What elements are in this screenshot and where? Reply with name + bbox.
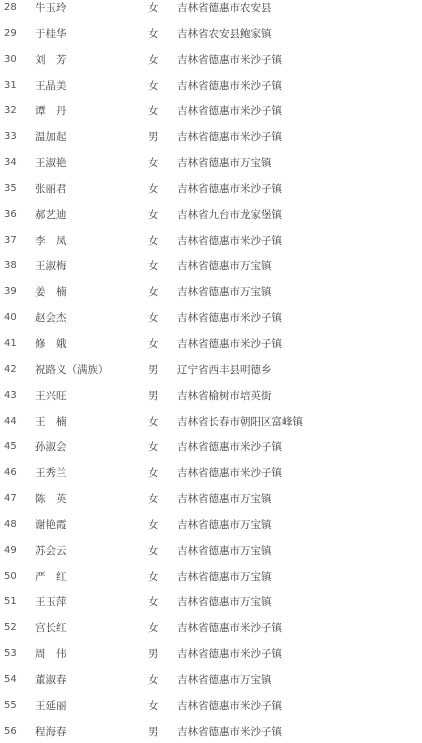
person-address: 吉林省德惠市农安县: [177, 0, 272, 16]
person-name: 祝路义（满族）: [35, 362, 109, 378]
row-number: 42: [4, 362, 17, 378]
row-number: 37: [4, 233, 17, 249]
row-number: 51: [4, 594, 17, 610]
list-row: 53 周 伟 男 吉林省德惠市米沙子镇: [0, 646, 422, 672]
row-number: 43: [4, 388, 17, 404]
person-address: 吉林省德惠市万宝镇: [177, 594, 272, 610]
person-address: 吉林省德惠市米沙子镇: [177, 78, 282, 94]
person-address: 吉林省德惠市米沙子镇: [177, 439, 282, 455]
person-address: 吉林省德惠市万宝镇: [177, 155, 272, 171]
person-name: 修 娥: [35, 336, 67, 352]
person-address: 吉林省农安县鲍家镇: [177, 26, 272, 42]
person-name: 郝艺迪: [35, 207, 67, 223]
person-address: 吉林省德惠市米沙子镇: [177, 129, 282, 145]
row-number: 30: [4, 52, 17, 68]
person-name: 董淑春: [35, 672, 67, 688]
person-name: 张丽君: [35, 181, 67, 197]
list-row: 48 谢艳霞 女 吉林省德惠市万宝镇: [0, 517, 422, 543]
person-gender: 女: [148, 78, 159, 94]
person-name: 宫长红: [35, 620, 67, 636]
person-address: 吉林省德惠市万宝镇: [177, 491, 272, 507]
person-gender: 女: [148, 672, 159, 688]
person-gender: 女: [148, 491, 159, 507]
person-gender: 女: [148, 594, 159, 610]
row-number: 35: [4, 181, 17, 197]
list-row: 40 赵会杰 女 吉林省德惠市米沙子镇: [0, 310, 422, 336]
row-number: 56: [4, 724, 17, 740]
list-row: 47 陈 英 女 吉林省德惠市万宝镇: [0, 491, 422, 517]
row-number: 50: [4, 569, 17, 585]
person-address: 吉林省九台市龙家堡镇: [177, 207, 282, 223]
person-gender: 女: [148, 155, 159, 171]
list-row: 37 李 凤 女 吉林省德惠市米沙子镇: [0, 233, 422, 259]
row-number: 29: [4, 26, 17, 42]
row-number: 40: [4, 310, 17, 326]
list-row: 39 姜 楠 女 吉林省德惠市万宝镇: [0, 284, 422, 310]
person-name: 姜 楠: [35, 284, 67, 300]
person-gender: 男: [148, 646, 159, 662]
person-gender: 男: [148, 724, 159, 740]
row-number: 38: [4, 258, 17, 274]
person-name: 于桂华: [35, 26, 67, 42]
row-number: 44: [4, 414, 17, 430]
person-address: 吉林省德惠市米沙子镇: [177, 336, 282, 352]
person-address: 吉林省德惠市万宝镇: [177, 258, 272, 274]
row-number: 41: [4, 336, 17, 352]
list-row: 35 张丽君 女 吉林省德惠市米沙子镇: [0, 181, 422, 207]
person-name: 王淑艳: [35, 155, 67, 171]
person-gender: 女: [148, 465, 159, 481]
person-gender: 女: [148, 414, 159, 430]
person-name: 牛玉玲: [35, 0, 67, 16]
person-address: 吉林省榆树市培英街: [177, 388, 272, 404]
row-number: 48: [4, 517, 17, 533]
list-row: 36 郝艺迪 女 吉林省九台市龙家堡镇: [0, 207, 422, 233]
list-row: 44 王 楠 女 吉林省长春市朝阳区富峰镇: [0, 414, 422, 440]
row-number: 45: [4, 439, 17, 455]
row-number: 39: [4, 284, 17, 300]
list-row: 38 王淑梅 女 吉林省德惠市万宝镇: [0, 258, 422, 284]
row-number: 53: [4, 646, 17, 662]
list-row: 55 王延丽 女 吉林省德惠市米沙子镇: [0, 698, 422, 724]
person-gender: 女: [148, 0, 159, 16]
list-row: 51 王玉萍 女 吉林省德惠市万宝镇: [0, 594, 422, 620]
row-number: 28: [4, 0, 17, 16]
person-name: 苏会云: [35, 543, 67, 559]
person-name: 王玉萍: [35, 594, 67, 610]
person-address: 吉林省德惠市米沙子镇: [177, 181, 282, 197]
row-number: 32: [4, 103, 17, 119]
person-gender: 男: [148, 362, 159, 378]
person-address: 吉林省德惠市万宝镇: [177, 284, 272, 300]
list-row: 43 王兴旺 男 吉林省榆树市培英街: [0, 388, 422, 414]
person-address: 吉林省德惠市万宝镇: [177, 543, 272, 559]
person-gender: 女: [148, 310, 159, 326]
list-row: 28 牛玉玲 女 吉林省德惠市农安县: [0, 0, 422, 26]
list-row: 29 于桂华 女 吉林省农安县鲍家镇: [0, 26, 422, 52]
name-list: 28 牛玉玲 女 吉林省德惠市农安县 29 于桂华 女 吉林省农安县鲍家镇 30…: [0, 0, 422, 743]
person-name: 温加起: [35, 129, 67, 145]
person-address: 吉林省长春市朝阳区富峰镇: [177, 414, 303, 430]
person-gender: 男: [148, 129, 159, 145]
person-gender: 女: [148, 103, 159, 119]
person-name: 孙淑会: [35, 439, 67, 455]
person-gender: 女: [148, 698, 159, 714]
row-number: 49: [4, 543, 17, 559]
person-address: 吉林省德惠市万宝镇: [177, 517, 272, 533]
person-address: 吉林省德惠市米沙子镇: [177, 646, 282, 662]
person-address: 辽宁省西丰县明德乡: [177, 362, 272, 378]
person-address: 吉林省德惠市米沙子镇: [177, 103, 282, 119]
list-row: 32 谭 丹 女 吉林省德惠市米沙子镇: [0, 103, 422, 129]
row-number: 47: [4, 491, 17, 507]
person-gender: 女: [148, 233, 159, 249]
list-row: 54 董淑春 女 吉林省德惠市万宝镇: [0, 672, 422, 698]
person-name: 谢艳霞: [35, 517, 67, 533]
list-row: 31 王晶美 女 吉林省德惠市米沙子镇: [0, 78, 422, 104]
list-row: 42 祝路义（满族） 男 辽宁省西丰县明德乡: [0, 362, 422, 388]
person-gender: 女: [148, 207, 159, 223]
list-row: 41 修 娥 女 吉林省德惠市米沙子镇: [0, 336, 422, 362]
person-gender: 女: [148, 26, 159, 42]
list-row: 49 苏会云 女 吉林省德惠市万宝镇: [0, 543, 422, 569]
list-row: 50 严 红 女 吉林省德惠市万宝镇: [0, 569, 422, 595]
person-address: 吉林省德惠市米沙子镇: [177, 233, 282, 249]
person-gender: 女: [148, 181, 159, 197]
person-gender: 女: [148, 569, 159, 585]
person-name: 陈 英: [35, 491, 67, 507]
person-name: 王延丽: [35, 698, 67, 714]
row-number: 31: [4, 78, 17, 94]
person-gender: 女: [148, 52, 159, 68]
person-gender: 女: [148, 439, 159, 455]
row-number: 36: [4, 207, 17, 223]
person-address: 吉林省德惠市万宝镇: [177, 672, 272, 688]
row-number: 55: [4, 698, 17, 714]
person-address: 吉林省德惠市万宝镇: [177, 569, 272, 585]
person-address: 吉林省德惠市米沙子镇: [177, 465, 282, 481]
person-name: 程海春: [35, 724, 67, 740]
person-name: 刘 芳: [35, 52, 67, 68]
person-gender: 男: [148, 388, 159, 404]
person-address: 吉林省德惠市米沙子镇: [177, 620, 282, 636]
row-number: 54: [4, 672, 17, 688]
person-gender: 女: [148, 258, 159, 274]
person-name: 王秀兰: [35, 465, 67, 481]
person-gender: 女: [148, 620, 159, 636]
person-name: 周 伟: [35, 646, 67, 662]
person-name: 严 红: [35, 569, 67, 585]
person-address: 吉林省德惠市米沙子镇: [177, 52, 282, 68]
person-name: 王淑梅: [35, 258, 67, 274]
person-name: 李 凤: [35, 233, 67, 249]
person-address: 吉林省德惠市米沙子镇: [177, 724, 282, 740]
person-name: 谭 丹: [35, 103, 67, 119]
list-row: 45 孙淑会 女 吉林省德惠市米沙子镇: [0, 439, 422, 465]
list-row: 46 王秀兰 女 吉林省德惠市米沙子镇: [0, 465, 422, 491]
person-name: 王兴旺: [35, 388, 67, 404]
person-name: 王晶美: [35, 78, 67, 94]
person-name: 王 楠: [35, 414, 67, 430]
person-address: 吉林省德惠市米沙子镇: [177, 698, 282, 714]
row-number: 52: [4, 620, 17, 636]
row-number: 46: [4, 465, 17, 481]
list-row: 34 王淑艳 女 吉林省德惠市万宝镇: [0, 155, 422, 181]
person-name: 赵会杰: [35, 310, 67, 326]
person-address: 吉林省德惠市米沙子镇: [177, 310, 282, 326]
list-row: 52 宫长红 女 吉林省德惠市米沙子镇: [0, 620, 422, 646]
row-number: 33: [4, 129, 17, 145]
person-gender: 女: [148, 284, 159, 300]
list-row: 33 温加起 男 吉林省德惠市米沙子镇: [0, 129, 422, 155]
person-gender: 女: [148, 336, 159, 352]
list-row: 56 程海春 男 吉林省德惠市米沙子镇: [0, 724, 422, 743]
person-gender: 女: [148, 543, 159, 559]
list-row: 30 刘 芳 女 吉林省德惠市米沙子镇: [0, 52, 422, 78]
person-gender: 女: [148, 517, 159, 533]
row-number: 34: [4, 155, 17, 171]
